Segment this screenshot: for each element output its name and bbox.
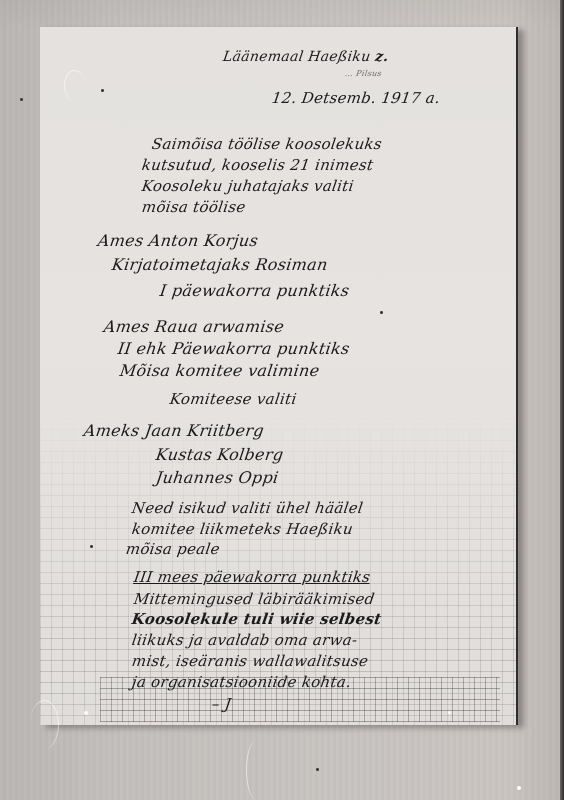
text-line-10: Mõisa komitee valimine bbox=[119, 361, 321, 380]
text-line-11: Komiteese valiti bbox=[169, 390, 298, 408]
text-line-3: Koosoleku juhatajaks valiti bbox=[141, 177, 355, 195]
dust-speck bbox=[517, 786, 521, 790]
text-line-19: Mittemingused läbirääkimised bbox=[133, 590, 376, 608]
dust-dot bbox=[20, 98, 23, 101]
ink-speck bbox=[90, 545, 93, 548]
text-line-6: Kirjatoimetajaks Rosiman bbox=[111, 255, 329, 274]
text-line-20: Koosolekule tuli wiie selbest bbox=[131, 610, 383, 628]
header-location: Läänemaal Haeßiku z. bbox=[222, 49, 390, 65]
header-date: 12. Detsemb. 1917 a. bbox=[271, 89, 442, 107]
text-line-21: liikuks ja avaldab oma arwa- bbox=[131, 631, 359, 649]
dust-dot bbox=[101, 89, 104, 92]
text-line-4: mõisa töölise bbox=[141, 198, 247, 216]
text-line-7: I päewakorra punktiks bbox=[159, 281, 351, 300]
dust-dot bbox=[316, 768, 319, 771]
header-location-text: Läänemaal Haeßiku bbox=[222, 49, 372, 65]
text-line-18: III mees päewakorra punktiks bbox=[133, 568, 372, 586]
scratch-mark bbox=[64, 70, 85, 101]
frame-edge bbox=[560, 0, 564, 800]
text-line-23: ja organisatsiooniide kohta. bbox=[131, 673, 353, 691]
dust-speck bbox=[84, 711, 88, 715]
header-location-suffix: z. bbox=[374, 49, 390, 65]
text-line-8: Ames Raua arwamise bbox=[103, 317, 286, 336]
scratch-mark bbox=[246, 740, 267, 800]
document-page: Läänemaal Haeßiku z. … Pilsus 12. Detsem… bbox=[40, 27, 518, 725]
text-line-5: Ames Anton Korjus bbox=[97, 231, 260, 250]
text-line-14: Juhannes Oppi bbox=[155, 468, 280, 487]
text-line-2: kutsutud, kooselis 21 inimest bbox=[141, 156, 375, 174]
text-line-16: komitee liikmeteks Haeßiku bbox=[131, 520, 355, 538]
text-line-13: Kustas Kolberg bbox=[155, 445, 285, 464]
dust-speck bbox=[448, 711, 451, 714]
ink-speck bbox=[380, 311, 383, 314]
text-line-17: mõisa peale bbox=[125, 540, 221, 558]
header-small-note: … Pilsus bbox=[344, 69, 382, 78]
text-line-1: Saimõisa töölise koosolekuks bbox=[151, 135, 384, 153]
scratch-mark bbox=[30, 700, 59, 749]
text-line-signature: – J bbox=[211, 695, 233, 713]
text-line-15: Need isikud valiti ühel häälel bbox=[131, 499, 365, 517]
text-line-12: Ameks Jaan Kriitberg bbox=[83, 421, 266, 440]
text-line-9: II ehk Päewakorra punktiks bbox=[117, 339, 351, 358]
text-line-22: mist, iseäranis wallawalitsuse bbox=[131, 652, 370, 670]
